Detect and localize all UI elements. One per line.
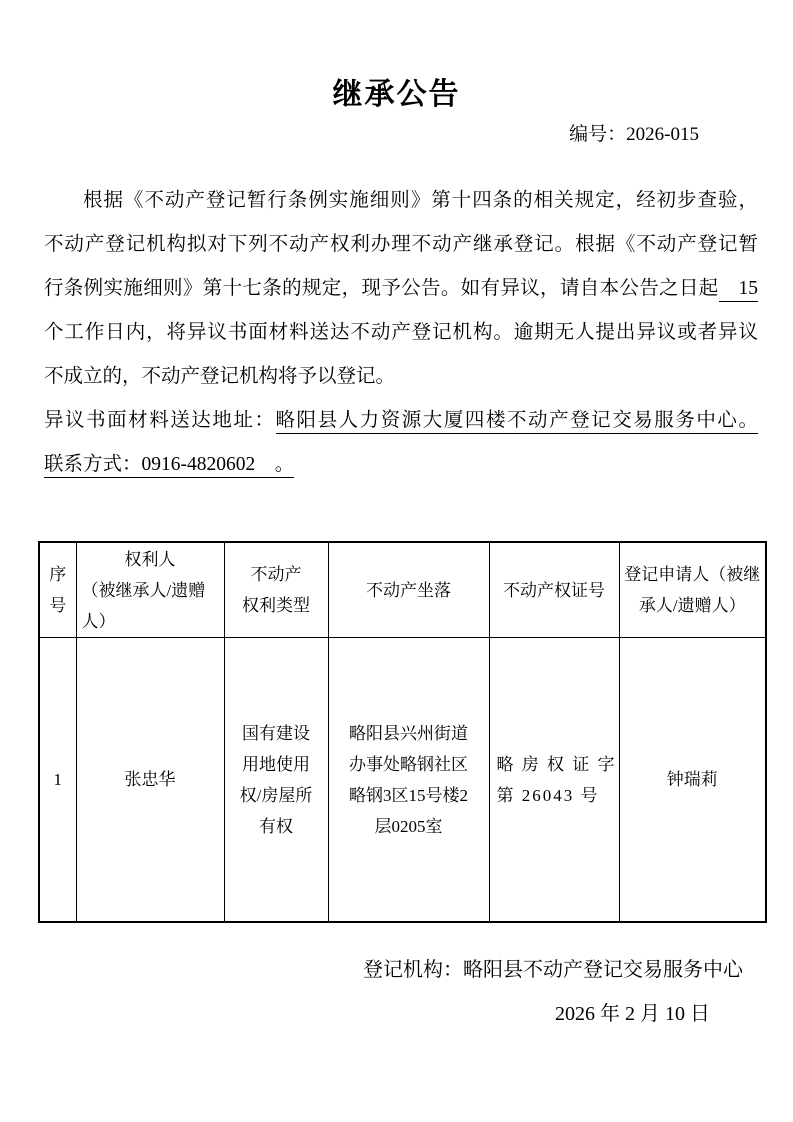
objection-days-underlined: 15 bbox=[719, 278, 758, 302]
header-line: 号 bbox=[40, 590, 76, 621]
body-line-4: 个工作日内，将异议书面材料送达不动产登记机构。逾期无人提出异议或者异议 bbox=[44, 311, 758, 355]
cell-applicant: 钟瑞莉 bbox=[619, 638, 766, 923]
announcement-date: 2026 年 2 月 10 日 bbox=[0, 992, 793, 1036]
cell-line: 第 26043 号 bbox=[490, 780, 619, 811]
registering-authority: 登记机构：略阳县不动产登记交易服务中心 bbox=[0, 948, 793, 992]
header-line: 权利人 bbox=[77, 544, 224, 575]
body-line-3: 行条例实施细则》第十七条的规定，现予公告。如有异议，请自本公告之日起 15 bbox=[44, 267, 758, 311]
page-title: 继承公告 bbox=[0, 76, 793, 114]
address-line: 异议书面材料送达地址：略阳县人力资源大厦四楼不动产登记交易服务中心。 bbox=[44, 399, 758, 443]
header-line: 人） bbox=[77, 606, 224, 637]
cell-line: 权/房屋所 bbox=[225, 780, 328, 811]
cell-line: 办事处略钢社区 bbox=[329, 749, 489, 780]
header-line: 不动产 bbox=[225, 559, 328, 590]
announcement-table: 序 号 权利人 （被继承人/遗赠 人） 不动产 权利类型 不动产坐落 不动产权证… bbox=[38, 541, 767, 923]
cell-line: 略钢3区15号楼2 bbox=[329, 780, 489, 811]
cell-holder: 张忠华 bbox=[76, 638, 224, 923]
contact-underlined: 联系方式：0916-4820602 。 bbox=[44, 454, 294, 478]
cell-seq: 1 bbox=[39, 638, 76, 923]
col-header-right-type: 不动产 权利类型 bbox=[224, 542, 328, 638]
col-header-seq: 序 号 bbox=[39, 542, 76, 638]
col-header-holder: 权利人 （被继承人/遗赠 人） bbox=[76, 542, 224, 638]
cell-right-type: 国有建设 用地使用 权/房屋所 有权 bbox=[224, 638, 328, 923]
cell-line: 国有建设 bbox=[225, 718, 328, 749]
cell-line: 有权 bbox=[225, 811, 328, 842]
body-line-3-text: 行条例实施细则》第十七条的规定，现予公告。如有异议，请自本公告之日起 bbox=[44, 278, 719, 299]
address-value-underlined: 略阳县人力资源大厦四楼不动产登记交易服务中心。 bbox=[276, 410, 758, 434]
col-header-cert-no: 不动产权证号 bbox=[489, 542, 619, 638]
address-label: 异议书面材料送达地址： bbox=[44, 410, 276, 431]
cell-line: 略 房 权 证 字 bbox=[490, 749, 619, 780]
cell-line: 层0205室 bbox=[329, 811, 489, 842]
header-line: 承人/遗赠人） bbox=[620, 590, 766, 621]
header-line: 权利类型 bbox=[225, 590, 328, 621]
header-line: 序 bbox=[40, 559, 76, 590]
body-line-1: 根据《不动产登记暂行条例实施细则》第十四条的相关规定，经初步查验， bbox=[44, 179, 758, 223]
announcement-body: 根据《不动产登记暂行条例实施细则》第十四条的相关规定，经初步查验， 不动产登记机… bbox=[44, 179, 758, 487]
cell-cert-no: 略 房 权 证 字 第 26043 号 bbox=[489, 638, 619, 923]
col-header-location: 不动产坐落 bbox=[328, 542, 489, 638]
body-line-5: 不成立的，不动产登记机构将予以登记。 bbox=[44, 355, 758, 399]
doc-number: 编号：2026-015 bbox=[0, 122, 793, 148]
announcement-page: 继承公告 编号：2026-015 根据《不动产登记暂行条例实施细则》第十四条的相… bbox=[0, 0, 793, 1122]
contact-line: 联系方式：0916-4820602 。 bbox=[44, 443, 758, 487]
table-row: 1 张忠华 国有建设 用地使用 权/房屋所 有权 略阳县兴州街道 办事处略钢社区… bbox=[39, 638, 766, 923]
body-line-2: 不动产登记机构拟对下列不动产权利办理不动产继承登记。根据《不动产登记暂 bbox=[44, 223, 758, 267]
header-line: 登记申请人（被继 bbox=[620, 559, 766, 590]
document-footer: 登记机构：略阳县不动产登记交易服务中心 2026 年 2 月 10 日 bbox=[0, 948, 793, 1036]
header-line: （被继承人/遗赠 bbox=[77, 575, 224, 606]
cell-line: 用地使用 bbox=[225, 749, 328, 780]
cell-line: 略阳县兴州街道 bbox=[329, 718, 489, 749]
col-header-applicant: 登记申请人（被继 承人/遗赠人） bbox=[619, 542, 766, 638]
cell-location: 略阳县兴州街道 办事处略钢社区 略钢3区15号楼2 层0205室 bbox=[328, 638, 489, 923]
table-header-row: 序 号 权利人 （被继承人/遗赠 人） 不动产 权利类型 不动产坐落 不动产权证… bbox=[39, 542, 766, 638]
